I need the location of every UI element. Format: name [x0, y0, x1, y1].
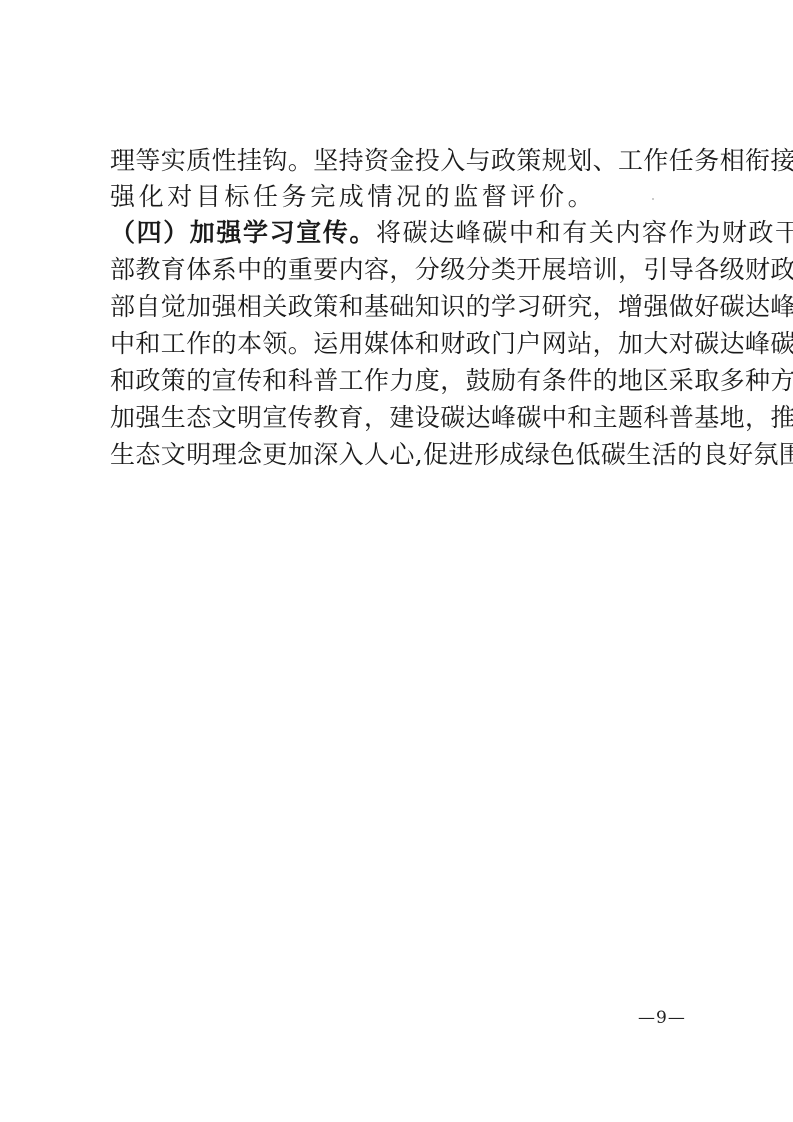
paragraph-line: （四）加强学习宣传。将碳达峰碳中和有关内容作为财政干 — [110, 214, 690, 251]
line-text: 中和工作的本领。运用媒体和财政门户网站，加大对碳达峰碳中 — [110, 329, 793, 358]
paragraph-line: 中和工作的本领。运用媒体和财政门户网站，加大对碳达峰碳中 — [110, 325, 690, 362]
line-text: 和政策的宣传和科普工作力度，鼓励有条件的地区采取多种方式 — [110, 366, 793, 395]
page-number: —9— — [638, 1008, 686, 1028]
line-text: 部教育体系中的重要内容，分级分类开展培训，引导各级财政干 — [110, 255, 793, 284]
document-page: 理等实质性挂钩。坚持资金投入与政策规划、工作任务相衔接， 强化对目标任务完成情况… — [0, 0, 793, 1122]
paragraph-line: 强化对目标任务完成情况的监督评价。 — [110, 178, 690, 215]
scan-speck — [652, 198, 654, 200]
line-text: 部自觉加强相关政策和基础知识的学习研究，增强做好碳达峰碳 — [110, 292, 793, 321]
line-text: 生态文明理念更加深入人心,促进形成绿色低碳生活的良好氛围。 — [110, 440, 793, 469]
paragraph-line: 和政策的宣传和科普工作力度，鼓励有条件的地区采取多种方式 — [110, 362, 690, 399]
paragraph-line: 部自觉加强相关政策和基础知识的学习研究，增强做好碳达峰碳 — [110, 288, 690, 325]
line-text: 理等实质性挂钩。坚持资金投入与政策规划、工作任务相衔接， — [110, 146, 793, 175]
paragraph-line: 生态文明理念更加深入人心,促进形成绿色低碳生活的良好氛围。 — [110, 436, 690, 473]
line-text: 强化对目标任务完成情况的监督评价。 — [110, 182, 596, 211]
paragraph-line: 理等实质性挂钩。坚持资金投入与政策规划、工作任务相衔接， — [110, 142, 690, 179]
line-text: 加强生态文明宣传教育，建设碳达峰碳中和主题科普基地，推动 — [110, 403, 793, 432]
line-text: 将碳达峰碳中和有关内容作为财政干 — [376, 218, 793, 247]
section-heading: （四）加强学习宣传。 — [110, 218, 376, 247]
paragraph-line: 部教育体系中的重要内容，分级分类开展培训，引导各级财政干 — [110, 251, 690, 288]
paragraph-line: 加强生态文明宣传教育，建设碳达峰碳中和主题科普基地，推动 — [110, 399, 690, 436]
